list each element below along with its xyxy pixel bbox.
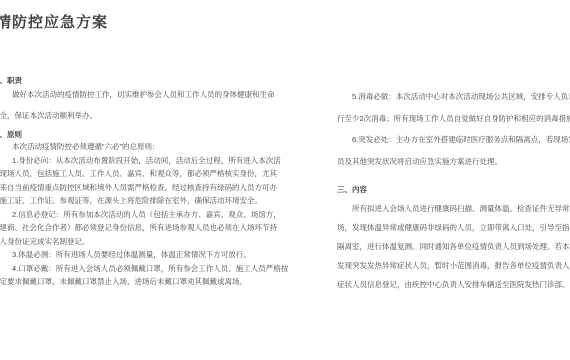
text-line: 3.体温必测：所有进场人员要经过体温测量，体温正常情况下方可放行。 <box>0 248 288 262</box>
text-line: 动现场人员，包括施工人员、工作人员、嘉宾、和观众等，都必须严格核实身份，尤其 <box>0 167 288 181</box>
text-line: 1.身份必问：从本次活动布置阶段开始，活动间，活动后全过程，所有进入本次活 <box>0 154 288 168</box>
section-heading-content: 三、内容 <box>337 183 367 196</box>
text-line: 场，发现体温异常或健康码非绿码的人员，立即带离入口处，引导至指定疫情防控 <box>337 218 570 237</box>
text-line: 规定要求佩戴口罩。未佩戴口罩禁止入场，进场后未戴口罩劝其佩戴或离场。 <box>0 275 288 289</box>
text-line: 行至少2次消毒；所有现场工作人员自觉做好自身防护和相应的消毒措施。 <box>337 108 570 130</box>
text-line: 理施工证、工作证、参观证等，在源头上将危险排除在室外，确保活动环境安全。 <box>0 194 288 208</box>
document-page-right[interactable]: 5.消毒必做：本次活动中心对本次活动现场公共区域，安排专人负责，严格执行至少2次… <box>300 0 570 360</box>
text-line: 安全，保证本次活动顺利举办。 <box>0 105 275 126</box>
text-line: 本人身份证完成实名制登记。 <box>0 235 288 249</box>
text-line: 症状人员信息登记，由疾控中心负责人安排车辆送至医院发热门诊部。 <box>337 275 570 294</box>
text-line: 所有拟进入会场人员进行健康码扫描、测量体温、检查证件无异常方可进入会 <box>337 199 570 218</box>
text-line: 2.信息必登记：所有参加本次活动的人员（包括主承办方、嘉宾、观众、场馆方， <box>0 208 288 222</box>
text-line: 隔离室，进行体温复测。同时通知各单位疫情负责人员到场处理。若本次活动现场 <box>337 237 570 256</box>
document-page-left[interactable]: 疫情防控应急方案 一、职责 做好本次活动的疫情防控工作，切实维护参会人员和工作人… <box>0 0 300 360</box>
text-line: 本次活动疫情防控必须遵循“六必”的总原则： <box>0 140 288 154</box>
document-canvas: { "document": { "title": "疫情防控应急方案", "te… <box>0 0 570 360</box>
text-line: 发现突发发热异常症状人员，暂时小范围消毒，报告各单位疫情负责人，做好异常 <box>337 256 570 275</box>
text-line: 6.突发必处：主办方在室外搭建临时医疗服务点和隔离点，若现场发现发热人 <box>337 129 570 151</box>
text-line: 4.口罩必戴：所有进入会场人员必须佩戴口罩，所有参会工作人员、施工人员严格按 <box>0 262 288 276</box>
page-title: 疫情防控应急方案 <box>0 11 108 32</box>
text-line: 员及其他突发状况将启动应急实施方案进行处理。 <box>337 151 570 173</box>
text-line: 搭建商、社会化合作者）都必须登记身份信息，所有进场参观人员也必须在入场环节持 <box>0 221 288 235</box>
text-line: 5.消毒必做：本次活动中心对本次活动现场公共区域，安排专人负责，严格执 <box>337 86 570 108</box>
text-line: 做好本次活动的疫情防控工作，切实维护参会人员和工作人员的身体健康和生命 <box>0 84 275 105</box>
section-principles-body: 本次活动疫情防控必须遵循“六必”的总原则：1.身份必问：从本次活动布置阶段开始，… <box>0 140 288 289</box>
section-duties-body: 做好本次活动的疫情防控工作，切实维护参会人员和工作人员的身体健康和生命安全，保证… <box>0 84 275 126</box>
text-line: 是来自当前疫情重点防控区域和境外人员需严格检查。经过核查持有绿码的人员方可办 <box>0 181 288 195</box>
section-principles-continued: 5.消毒必做：本次活动中心对本次活动现场公共区域，安排专人负责，严格执行至少2次… <box>337 86 570 172</box>
section-content-body: 所有拟进入会场人员进行健康码扫描、测量体温、检查证件无异常方可进入会场，发现体温… <box>337 199 570 294</box>
